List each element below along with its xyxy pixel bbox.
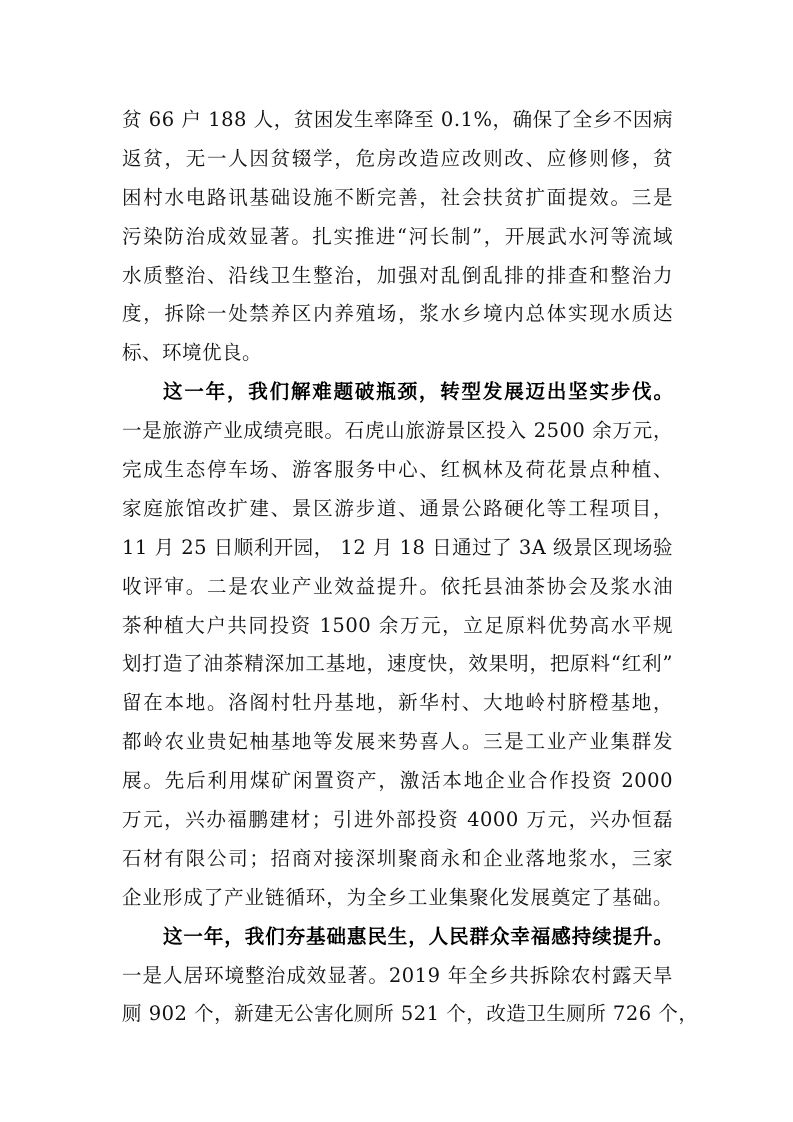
body-line: 茶种植大户共同投资 1500 余万元，立足原料优势高水平规 <box>122 607 673 646</box>
document-body: 贫 66 户 188 人，贫困发生率降至 0.1%，确保了全乡不因病 返贫，无一… <box>122 101 673 1034</box>
section-heading-livelihood: 这一年，我们夯基础惠民生，人民群众幸福感持续提升。 <box>122 918 673 957</box>
body-line: 留在本地。洛阁村牡丹基地，新华村、大地岭村脐橙基地， <box>122 684 673 723</box>
body-line: 度，拆除一处禁养区内养殖场，浆水乡境内总体实现水质达 <box>122 295 673 334</box>
body-line: 都岭农业贵妃柚基地等发展来势喜人。三是工业产业集群发 <box>122 723 673 762</box>
body-line: 万元，兴办福鹏建材；引进外部投资 4000 万元，兴办恒磊 <box>122 801 673 840</box>
body-line: 水质整治、沿线卫生整治，加强对乱倒乱排的排查和整治力 <box>122 257 673 296</box>
body-line: 一是人居环境整治成效显著。2019 年全乡共拆除农村露天旱 <box>122 957 673 996</box>
body-line: 石材有限公司；招商对接深圳聚商永和企业落地浆水，三家 <box>122 840 673 879</box>
body-line: 划打造了油茶精深加工基地，速度快，效果明，把原料“红利” <box>122 645 673 684</box>
body-line: 家庭旅馆改扩建、景区游步道、通景公路硬化等工程项目， <box>122 490 673 529</box>
body-line: 厕 902 个，新建无公害化厕所 521 个，改造卫生厕所 726 个， <box>122 995 673 1034</box>
body-line: 返贫，无一人因贫辍学，危房改造应改则改、应修则修，贫 <box>122 140 673 179</box>
body-line: 贫 66 户 188 人，贫困发生率降至 0.1%，确保了全乡不因病 <box>122 101 673 140</box>
body-line: 一是旅游产业成绩亮眼。石虎山旅游景区投入 2500 余万元， <box>122 412 673 451</box>
body-line: 标、环境优良。 <box>122 334 673 373</box>
body-line: 困村水电路讯基础设施不断完善，社会扶贫扩面提效。三是 <box>122 179 673 218</box>
body-line: 展。先后利用煤矿闲置资产，激活本地企业合作投资 2000 <box>122 762 673 801</box>
section-heading-transformation: 这一年，我们解难题破瓶颈，转型发展迈出坚实步伐。 <box>122 373 673 412</box>
body-line: 11 月 25 日顺利开园， 12 月 18 日通过了 3A 级景区现场验 <box>122 529 673 568</box>
body-line: 完成生态停车场、游客服务中心、红枫林及荷花景点种植、 <box>122 451 673 490</box>
document-page: 贫 66 户 188 人，贫困发生率降至 0.1%，确保了全乡不因病 返贫，无一… <box>0 0 793 1122</box>
body-line: 污染防治成效显著。扎实推进“河长制”，开展武水河等流域 <box>122 218 673 257</box>
body-line: 收评审。二是农业产业效益提升。依托县油茶协会及浆水油 <box>122 568 673 607</box>
body-line: 企业形成了产业链循环，为全乡工业集聚化发展奠定了基础。 <box>122 879 673 918</box>
